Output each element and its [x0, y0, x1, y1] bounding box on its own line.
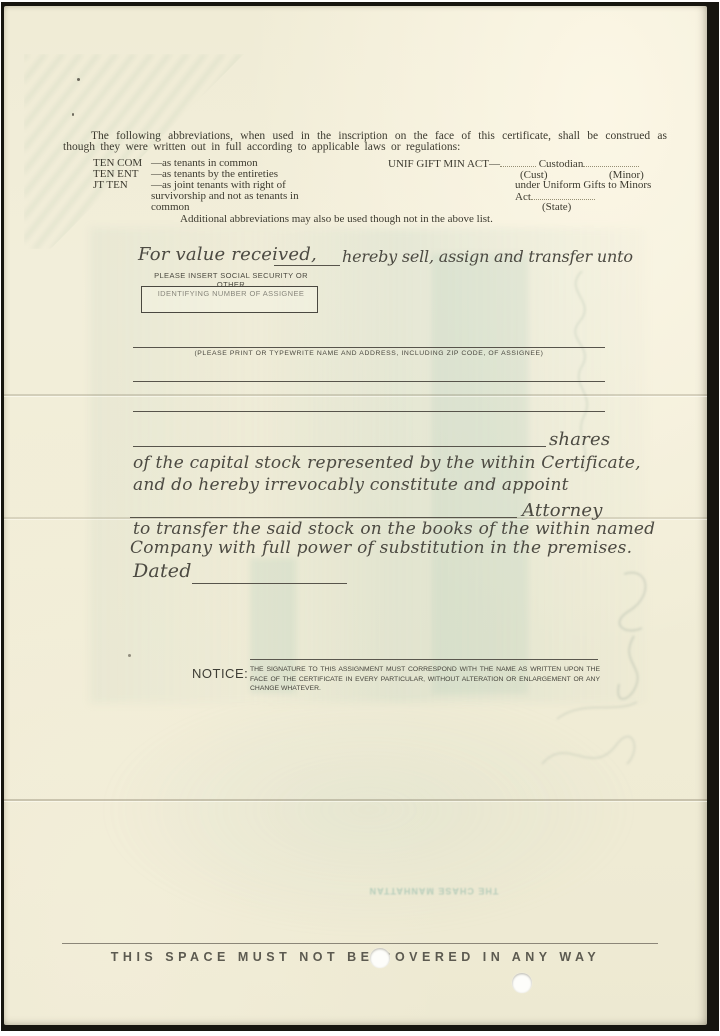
attorney-name-blank — [130, 517, 517, 518]
abbreviations-intro: The following abbreviations, when used i… — [63, 131, 667, 153]
dotted-leader — [500, 158, 536, 167]
showthrough-mirrored-text: THE CHASE MANHATTAN — [346, 886, 521, 896]
constitute-appoint-script-line: and do hereby irrevocably constitute and… — [133, 475, 569, 495]
unif-gift-min-act-block: UNIF GIFT MIN ACT— Custodian (Cust) (Min… — [388, 158, 668, 213]
minor-caption: (Minor) — [609, 170, 644, 181]
dust-speck — [128, 654, 131, 657]
print-name-caption: (PLEASE PRINT OR TYPEWRITE NAME AND ADDR… — [133, 350, 605, 357]
footer-warning-text: THIS SPACE MUST NOT BE COVERED IN ANY WA… — [4, 950, 707, 964]
unif-gift-label: UNIF GIFT MIN ACT— — [388, 158, 500, 170]
ssn-entry-box — [141, 286, 318, 313]
transfer-unto-script: hereby sell, assign and transfer unto — [342, 247, 633, 266]
abbreviation-term: JT TEN — [93, 180, 151, 213]
showthrough-column — [432, 254, 528, 694]
punch-hole — [370, 948, 390, 968]
state-caption: (State) — [388, 202, 668, 213]
notice-label: NOTICE: — [192, 666, 248, 681]
substitution-script-line: Company with full power of substitution … — [130, 538, 632, 558]
date-blank — [192, 583, 347, 584]
certificate-paper: THE CHASE MANHATTAN The following abbrev… — [4, 6, 707, 1025]
act-label: Act — [515, 191, 531, 203]
fold-crease-lower — [4, 799, 707, 801]
write-line-1 — [133, 347, 605, 348]
assignee-name-blank — [274, 265, 340, 266]
transfer-books-script-line: to transfer the said stock on the books … — [133, 519, 655, 539]
fold-crease-upper — [4, 394, 707, 396]
additional-abbreviations-note: Additional abbreviations may also be use… — [180, 213, 493, 225]
under-uniform-gifts-text: under Uniform Gifts to Minors — [388, 180, 668, 191]
write-line-2 — [133, 381, 605, 382]
dated-script: Dated — [133, 560, 192, 582]
write-line-3 — [133, 411, 605, 412]
showthrough-flourish-icon — [532, 694, 652, 789]
footer-rule — [62, 943, 658, 944]
abbreviation-row: JT TEN —as joint tenants with right of s… — [93, 180, 333, 213]
capital-stock-script-line: of the capital stock represented by the … — [133, 453, 641, 473]
shares-script: shares — [549, 429, 610, 450]
punch-hole — [512, 973, 532, 993]
for-value-received-script: For value received, — [138, 244, 317, 265]
cust-caption: (Cust) — [520, 170, 548, 181]
attorney-script: Attorney — [522, 500, 603, 521]
dotted-leader — [531, 191, 595, 200]
dust-speck — [77, 78, 80, 81]
scanned-certificate-back: THE CHASE MANHATTAN The following abbrev… — [0, 0, 720, 1036]
abbreviation-list: TEN COM —as tenants in common TEN ENT —a… — [93, 158, 333, 213]
showthrough-lower-blob — [96, 704, 641, 939]
notice-text: THE SIGNATURE TO THIS ASSIGNMENT MUST CO… — [250, 665, 600, 694]
showthrough-signature-icon — [564, 566, 664, 716]
dust-speck — [72, 113, 74, 116]
signature-line — [250, 659, 598, 660]
write-line-4 — [133, 446, 546, 447]
dotted-leader — [583, 158, 639, 167]
abbreviation-definition: —as joint tenants with right of survivor… — [151, 180, 323, 213]
